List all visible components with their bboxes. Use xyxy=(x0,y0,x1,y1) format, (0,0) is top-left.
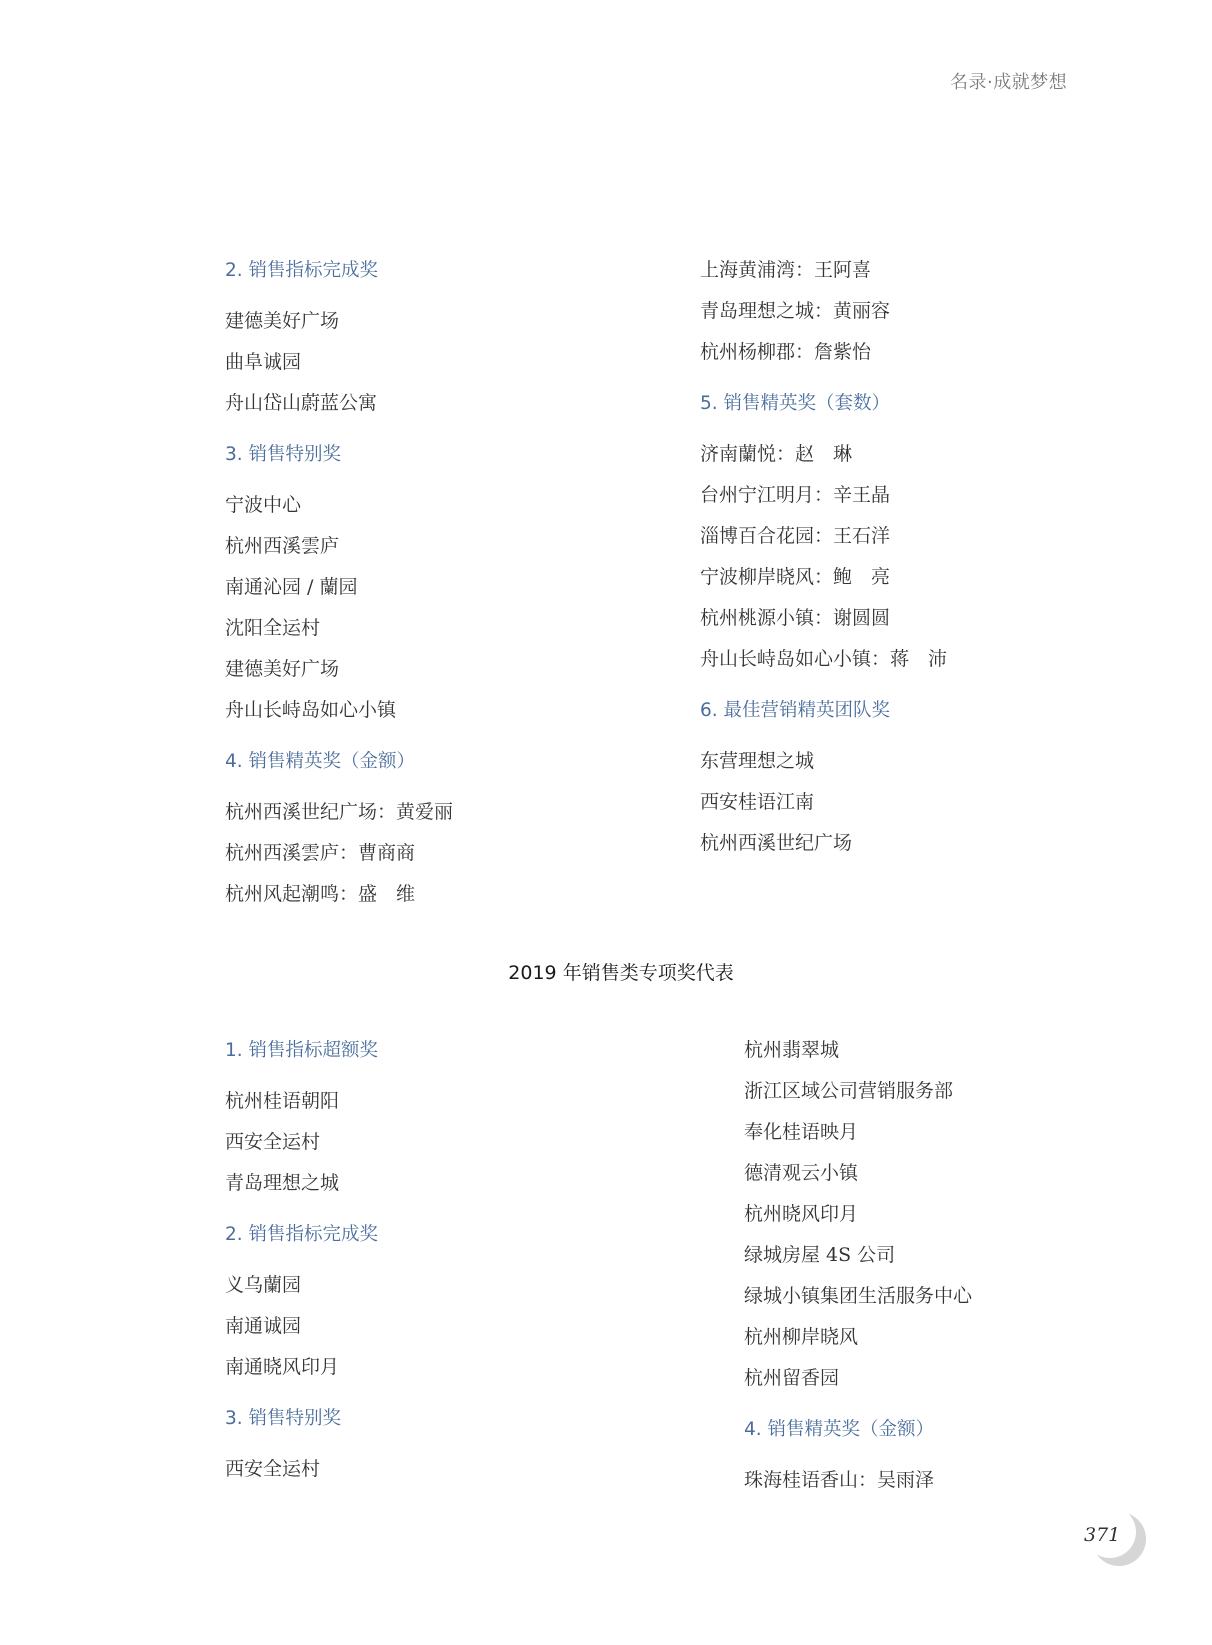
award-list-item: 西安全运村 xyxy=(225,1122,378,1163)
award-list-item: 宁波柳岸晓风：鲍 亮 xyxy=(700,557,947,598)
award-list-item: 舟山长峙岛如心小镇 xyxy=(225,690,453,731)
award-list-item: 南通晓风印月 xyxy=(225,1347,378,1388)
award-heading: 2. 销售指标完成奖 xyxy=(225,1214,378,1255)
award-list-item: 青岛理想之城：黄丽容 xyxy=(700,291,947,332)
award-list-item: 西安桂语江南 xyxy=(700,782,947,823)
award-list-item: 济南蘭悦：赵 琳 xyxy=(700,434,947,475)
award-list-item: 西安全运村 xyxy=(225,1449,378,1490)
award-list-item: 绿城房屋 4S 公司 xyxy=(744,1235,972,1276)
page-number: 371 xyxy=(1084,1524,1120,1546)
award-list-item: 奉化桂语映月 xyxy=(744,1112,972,1153)
section-gap xyxy=(744,1399,972,1409)
award-heading: 5. 销售精英奖（套数） xyxy=(700,383,947,424)
award-list-item: 杭州西溪世纪广场：黄爱丽 xyxy=(225,792,453,833)
running-head: 名录·成就梦想 xyxy=(950,68,1067,94)
lower-left-column: 1. 销售指标超额奖杭州桂语朝阳西安全运村青岛理想之城2. 销售指标完成奖义乌蘭… xyxy=(225,1030,378,1490)
award-list-item: 曲阜诚园 xyxy=(225,342,453,383)
award-list-item: 浙江区域公司营销服务部 xyxy=(744,1071,972,1112)
award-heading: 3. 销售特别奖 xyxy=(225,434,453,475)
upper-right-column: 上海黄浦湾：王阿喜青岛理想之城：黄丽容杭州杨柳郡：詹紫怡5. 销售精英奖（套数）… xyxy=(700,250,947,864)
award-list-item: 台州宁江明月：辛王晶 xyxy=(700,475,947,516)
upper-left-column: 2. 销售指标完成奖建德美好广场曲阜诚园舟山岱山蔚蓝公寓3. 销售特别奖宁波中心… xyxy=(225,250,453,915)
award-heading: 2. 销售指标完成奖 xyxy=(225,250,453,291)
award-list-item: 宁波中心 xyxy=(225,485,453,526)
award-list-item: 建德美好广场 xyxy=(225,649,453,690)
award-heading: 4. 销售精英奖（金额） xyxy=(225,741,453,782)
award-list-item: 杭州桃源小镇：谢圆圆 xyxy=(700,598,947,639)
award-heading: 3. 销售特别奖 xyxy=(225,1398,378,1439)
award-list-item: 上海黄浦湾：王阿喜 xyxy=(700,250,947,291)
section-title: 2019 年销售类专项奖代表 xyxy=(0,958,1212,985)
award-list-item: 杭州柳岸晓风 xyxy=(744,1317,972,1358)
section-gap xyxy=(225,1388,378,1398)
award-heading: 4. 销售精英奖（金额） xyxy=(744,1409,972,1450)
award-list-item: 义乌蘭园 xyxy=(225,1265,378,1306)
award-list-item: 绿城小镇集团生活服务中心 xyxy=(744,1276,972,1317)
section-gap xyxy=(225,424,453,434)
award-list-item: 南通沁园 / 蘭园 xyxy=(225,567,453,608)
award-list-item: 沈阳全运村 xyxy=(225,608,453,649)
award-heading: 1. 销售指标超额奖 xyxy=(225,1030,378,1071)
award-list-item: 杭州杨柳郡：詹紫怡 xyxy=(700,332,947,373)
section-gap xyxy=(225,1204,378,1214)
section-gap xyxy=(700,680,947,690)
award-list-item: 淄博百合花园：王石洋 xyxy=(700,516,947,557)
lower-right-column: 杭州翡翠城浙江区域公司营销服务部奉化桂语映月德清观云小镇杭州晓风印月绿城房屋 4… xyxy=(744,1030,972,1501)
award-list-item: 舟山长峙岛如心小镇：蒋 沛 xyxy=(700,639,947,680)
award-list-item: 杭州晓风印月 xyxy=(744,1194,972,1235)
award-list-item: 杭州桂语朝阳 xyxy=(225,1081,378,1122)
award-list-item: 杭州翡翠城 xyxy=(744,1030,972,1071)
section-gap xyxy=(700,373,947,383)
award-list-item: 杭州西溪世纪广场 xyxy=(700,823,947,864)
section-gap xyxy=(225,731,453,741)
award-list-item: 杭州风起潮鸣：盛 维 xyxy=(225,874,453,915)
award-list-item: 德清观云小镇 xyxy=(744,1153,972,1194)
award-list-item: 建德美好广场 xyxy=(225,301,453,342)
page-number-badge: 371 xyxy=(1080,1512,1160,1572)
award-list-item: 青岛理想之城 xyxy=(225,1163,378,1204)
award-list-item: 南通诚园 xyxy=(225,1306,378,1347)
award-list-item: 杭州西溪雲庐：曹商商 xyxy=(225,833,453,874)
award-list-item: 东营理想之城 xyxy=(700,741,947,782)
award-list-item: 杭州西溪雲庐 xyxy=(225,526,453,567)
award-list-item: 杭州留香园 xyxy=(744,1358,972,1399)
award-heading: 6. 最佳营销精英团队奖 xyxy=(700,690,947,731)
award-list-item: 珠海桂语香山：吴雨泽 xyxy=(744,1460,972,1501)
award-list-item: 舟山岱山蔚蓝公寓 xyxy=(225,383,453,424)
